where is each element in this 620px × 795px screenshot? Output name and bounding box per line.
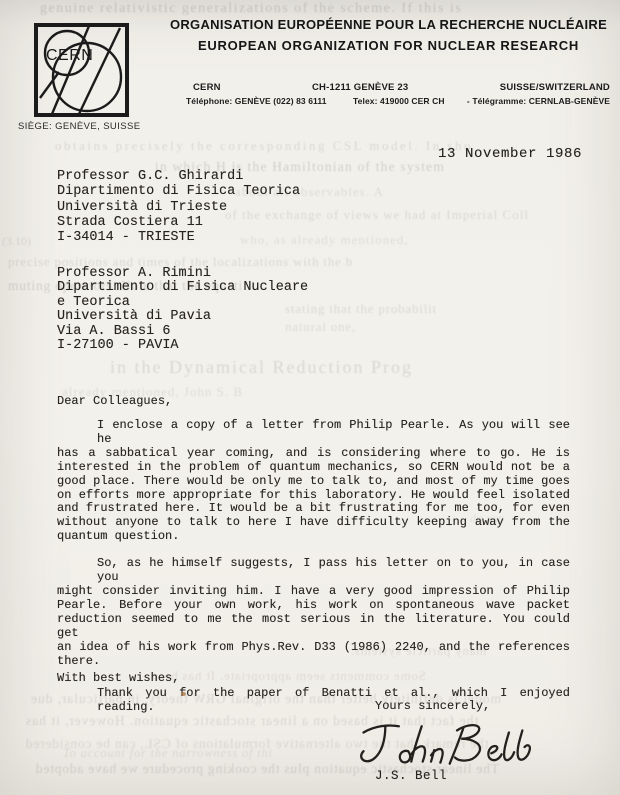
address-line: I-27100 - PAVIA — [57, 339, 308, 353]
signature-stroke — [431, 749, 443, 763]
signature-stroke — [504, 733, 514, 761]
salutation: Dear Colleagues, — [57, 394, 172, 408]
body-line: reduction seemed to me the most serious … — [57, 613, 570, 641]
body-line: Thank you for the paper of Benatti et al… — [57, 687, 570, 715]
address-line: Università di Pavia — [57, 310, 308, 324]
body-line: Pearle. Before your own work, his work o… — [57, 599, 570, 613]
contact-phone: Téléphone: GENÈVE (022) 83 6111 — [186, 96, 327, 106]
recipient-address-ghirardi: Professor G.C. GhirardiDipartimento di F… — [57, 169, 300, 245]
bleedthrough-text: in the Dynamical Reduction Prog — [110, 358, 413, 376]
signature-stroke — [364, 725, 399, 732]
bleedthrough-text: (3.10) — [2, 235, 31, 247]
paper-speck — [181, 692, 186, 696]
body-line: quantum question. — [57, 530, 570, 544]
contact-name: CERN — [193, 82, 221, 93]
organization-titles: ORGANISATION EUROPÉENNE POUR LA RECHERCH… — [163, 18, 614, 52]
typed-signer-name: J.S. Bell — [375, 769, 447, 783]
body-line: has a sabbatical year coming, and is con… — [57, 447, 570, 461]
address-line: I-34014 - TRIESTE — [57, 230, 300, 245]
contact-address: CH-1211 GENÈVE 23 — [312, 82, 408, 93]
body-line: I enclose a copy of a letter from Philip… — [57, 419, 570, 447]
bleedthrough-text: genuine relativistic generalizations of … — [40, 2, 462, 16]
bleedthrough-text: obtains precisely the corresponding CSL … — [55, 139, 473, 152]
body-line: an idea of his work from Phys.Rev. D33 (… — [57, 641, 570, 655]
handwritten-signature — [353, 719, 535, 773]
letter-page: genuine relativistic generalizations of … — [0, 0, 620, 795]
contact-country: SUISSE/SWITZERLAND — [500, 82, 610, 93]
address-line: Università di Trieste — [57, 200, 300, 215]
bleedthrough-text: To account for the narrowness of thi — [63, 747, 273, 760]
letter-date: 13 November 1986 — [438, 146, 582, 162]
body-line: interested in the problem of quantum mec… — [57, 461, 570, 475]
logo-cern-text: CERN — [46, 47, 93, 64]
logo-beamline-3 — [40, 72, 59, 98]
cern-logo: CERN — [33, 22, 130, 118]
body-line: might consider inviting him. I have a ve… — [57, 585, 570, 599]
body-line: So, as he himself suggests, I pass his l… — [57, 557, 570, 585]
signature-stroke — [488, 746, 501, 760]
signature-stroke — [400, 751, 410, 763]
body-line: and frustrated here. It would be a bit f… — [57, 502, 570, 516]
recipient-address-rimini: Professor A. RiminiDipartimento di Fisic… — [57, 267, 308, 353]
signature-stroke — [411, 726, 425, 761]
address-line: Strada Costiera 11 — [57, 215, 300, 230]
signature-stroke — [518, 730, 530, 759]
paragraph: So, as he himself suggests, I pass his l… — [57, 557, 570, 668]
body-line: good place. There would be only me to ta… — [57, 475, 570, 489]
contact-telegram: - Télégramme: CERNLAB-GENÈVE — [467, 96, 610, 106]
logo-beamline-1 — [52, 26, 89, 114]
paragraph: Thank you for the paper of Benatti et al… — [57, 687, 570, 715]
paragraph: I enclose a copy of a letter from Philip… — [57, 419, 570, 544]
address-line: Via A. Bassi 6 — [57, 325, 308, 339]
valediction-line: Yours sincerely, — [375, 699, 490, 713]
body-line: without anyone to talk to here I have di… — [57, 516, 570, 530]
address-line: Professor A. Rimini — [57, 267, 308, 281]
siege-line: SIÈGE: GENÈVE, SUISSE — [18, 121, 140, 132]
address-line: Dipartimento di Fisica Nucleare — [57, 281, 308, 295]
contact-telex: Telex: 419000 CER CH — [353, 96, 445, 106]
address-line: Professor G.C. Ghirardi — [57, 169, 300, 184]
org-name-english: EUROPEAN ORGANIZATION FOR NUCLEAR RESEAR… — [163, 39, 614, 52]
body-line: there. — [57, 655, 570, 669]
address-line: Dipartimento di Fisica Teorica — [57, 184, 300, 199]
org-name-french: ORGANISATION EUROPÉENNE POUR LA RECHERCH… — [163, 18, 614, 31]
address-line: e Teorica — [57, 296, 308, 310]
closing-line: With best wishes, — [57, 671, 179, 685]
body-line: on efforts more appropriate for this lab… — [57, 489, 570, 503]
